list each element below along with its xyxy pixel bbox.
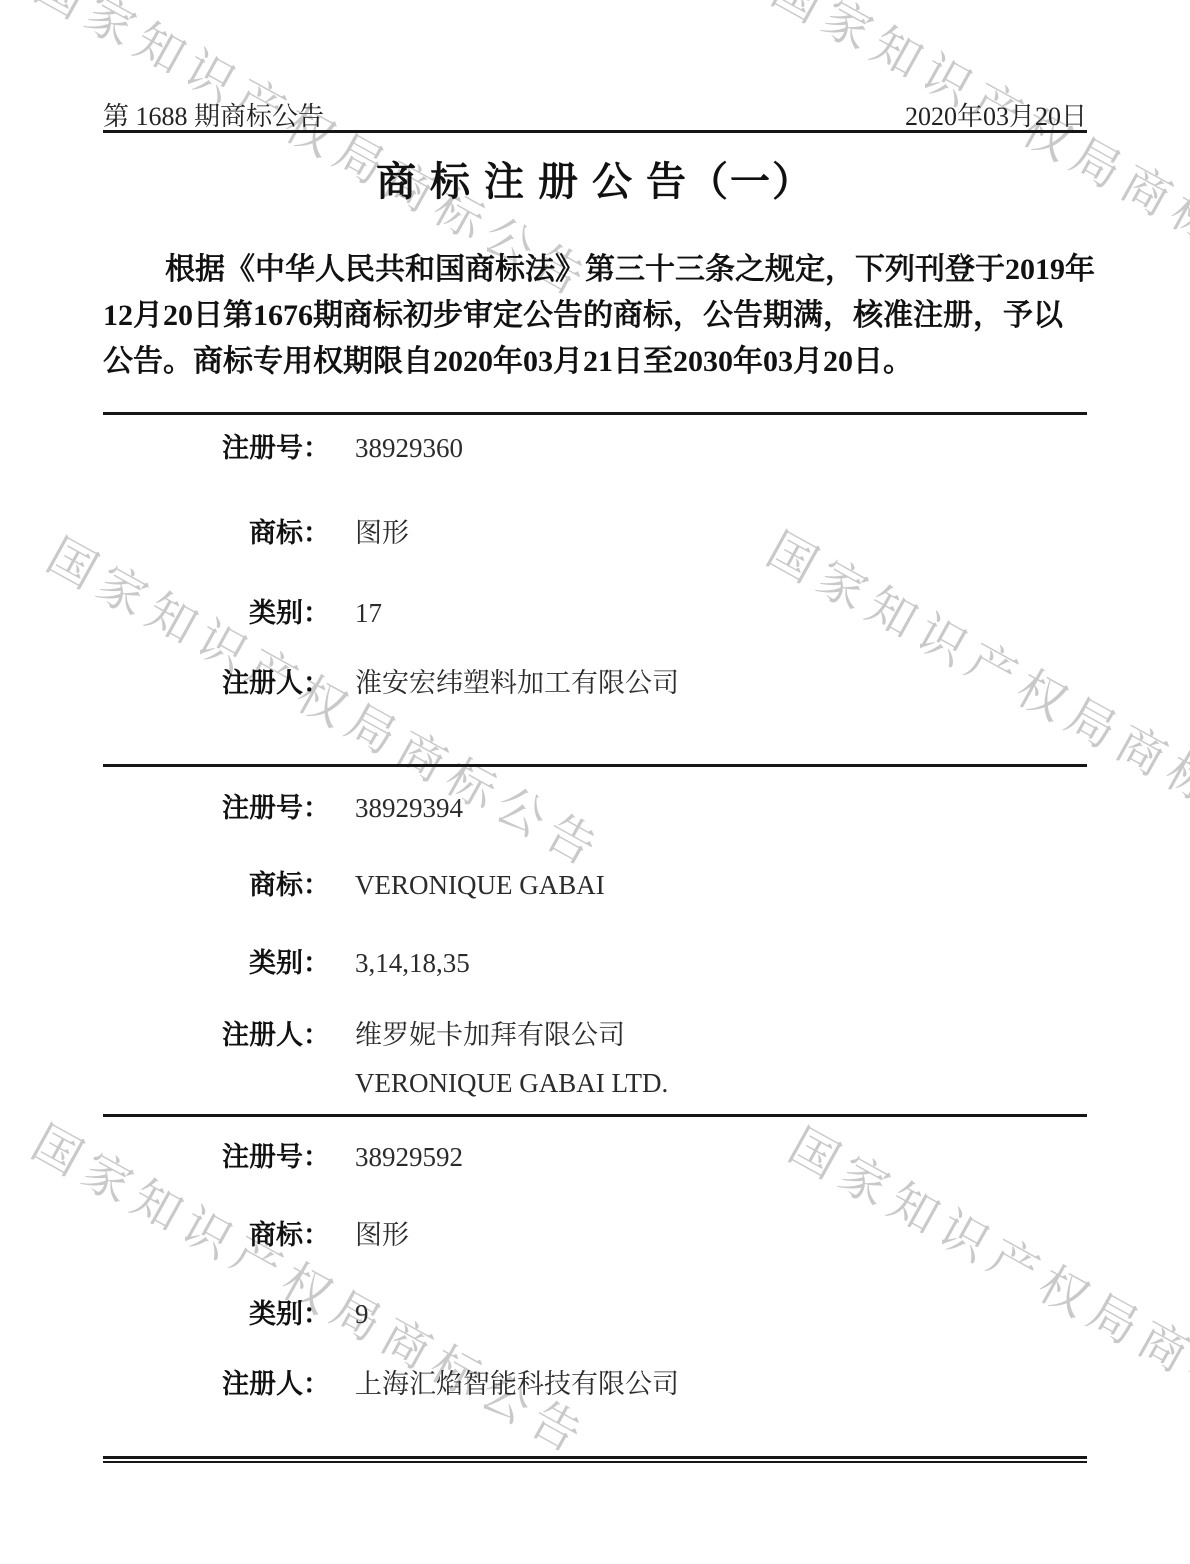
- publication-date: 2020年03月20日: [905, 96, 1087, 133]
- record-divider: [103, 1114, 1087, 1117]
- field-value: 图形: [355, 516, 409, 550]
- header-rule: [103, 130, 1087, 133]
- intro-paragraph: 根据《中华人民共和国商标法》第三十三条之规定，下列刊登于2019年 12月20日…: [103, 247, 1090, 385]
- intro-line: 12月20日第1676期商标初步审定公告的商标，公告期满，核准注册，予以: [103, 293, 1090, 339]
- field-value: 上海汇焰智能科技有限公司: [355, 1367, 679, 1401]
- registrant-en: VERONIQUE GABAI LTD.: [355, 1061, 668, 1105]
- field-label: 商标：: [103, 1218, 330, 1252]
- field-value: 17: [355, 596, 382, 630]
- bottom-rule: [103, 1456, 1087, 1463]
- field-value: 3,14,18,35: [355, 946, 470, 980]
- registrant-cn: 维罗妮卡加拜有限公司: [355, 1018, 668, 1052]
- field-label: 注册号：: [103, 431, 330, 465]
- field-value: 9: [355, 1297, 369, 1331]
- field-category: 类别： 17: [103, 596, 1100, 630]
- field-value: 38929592: [355, 1140, 463, 1174]
- field-category: 类别： 3,14,18,35: [103, 946, 1100, 980]
- field-label: 类别：: [103, 1297, 330, 1331]
- field-trademark: 商标： 图形: [103, 1218, 1100, 1252]
- intro-line: 公告。商标专用权期限自2020年03月21日至2030年03月20日。: [103, 339, 1090, 385]
- record-divider: [103, 764, 1087, 767]
- field-reg-no: 注册号： 38929592: [103, 1140, 1100, 1174]
- field-reg-no: 注册号： 38929394: [103, 791, 1100, 825]
- field-trademark: 商标： 图形: [103, 516, 1100, 550]
- field-category: 类别： 9: [103, 1297, 1100, 1331]
- field-registrant: 注册人： 维罗妮卡加拜有限公司 VERONIQUE GABAI LTD.: [103, 1018, 1100, 1105]
- document-content: 第 1688 期商标公告 2020年03月20日 商 标 注 册 公 告（一） …: [0, 0, 1190, 1564]
- field-value: VERONIQUE GABAI: [355, 868, 605, 902]
- field-label: 注册号：: [103, 1140, 330, 1174]
- field-label: 注册人：: [103, 666, 330, 700]
- field-label: 注册人：: [103, 1018, 330, 1052]
- field-registrant: 注册人： 淮安宏纬塑料加工有限公司: [103, 666, 1100, 700]
- field-reg-no: 注册号： 38929360: [103, 431, 1100, 465]
- page-title: 商 标 注 册 公 告（一）: [0, 150, 1190, 207]
- page: 国家知识产权局商标公告 国家知识产权局商标公告 国家知识产权局商标公告 国家知识…: [0, 0, 1190, 1564]
- issue-number: 第 1688 期商标公告: [103, 96, 324, 133]
- field-label: 类别：: [103, 596, 330, 630]
- field-value: 38929394: [355, 791, 463, 825]
- field-label: 注册人：: [103, 1367, 330, 1401]
- field-label: 商标：: [103, 868, 330, 902]
- field-registrant: 注册人： 上海汇焰智能科技有限公司: [103, 1367, 1100, 1401]
- field-label: 类别：: [103, 946, 330, 980]
- page-header: 第 1688 期商标公告 2020年03月20日: [103, 96, 1087, 133]
- field-value: 维罗妮卡加拜有限公司 VERONIQUE GABAI LTD.: [355, 1018, 668, 1105]
- field-value: 38929360: [355, 431, 463, 465]
- field-label: 注册号：: [103, 791, 330, 825]
- record-divider: [103, 412, 1087, 415]
- field-trademark: 商标： VERONIQUE GABAI: [103, 868, 1100, 902]
- field-value: 图形: [355, 1218, 409, 1252]
- intro-line: 根据《中华人民共和国商标法》第三十三条之规定，下列刊登于2019年: [103, 247, 1090, 293]
- field-label: 商标：: [103, 516, 330, 550]
- field-value: 淮安宏纬塑料加工有限公司: [355, 666, 679, 700]
